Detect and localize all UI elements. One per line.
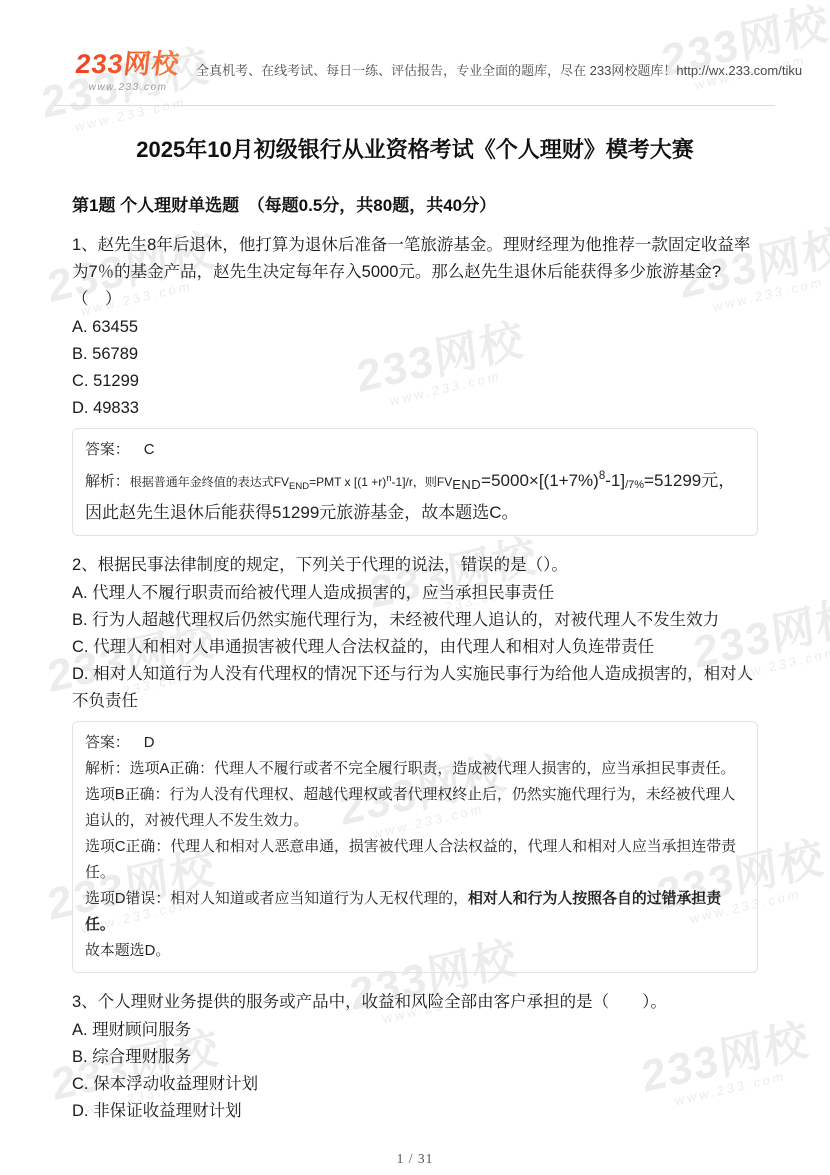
text-segment: /7%: [625, 479, 644, 491]
page-number: 1 / 31: [397, 1151, 434, 1166]
option-item: B. 行为人超越代理权后仍然实施代理行为，未经被代理人追认的，对被代理人不发生效…: [72, 607, 758, 634]
option-item: C. 代理人和相对人串通损害被代理人合法权益的，由代理人和相对人负连带责任: [72, 634, 758, 661]
option-item: A. 代理人不履行职责而给被代理人造成损害的，应当承担民事责任: [72, 580, 758, 607]
question-stem: 1、赵先生8年后退休，他打算为退休后准备一笔旅游基金。理财经理为他推荐一款固定收…: [72, 232, 758, 313]
page-title: 2025年10月初级银行从业资格考试《个人理财》模考大赛: [0, 133, 830, 164]
analysis-text: 解析：选项A正确：代理人不履行或者不完全履行职责，造成被代理人损害的，应当承担民…: [85, 756, 745, 964]
analysis-line: 解析：选项A正确：代理人不履行或者不完全履行职责，造成被代理人损害的，应当承担民…: [85, 756, 745, 782]
answer-label: 答案：: [85, 735, 130, 751]
question-1: 1、赵先生8年后退休，他打算为退休后准备一笔旅游基金。理财经理为他推荐一款固定收…: [72, 232, 758, 536]
option-item: B. 56789: [72, 341, 758, 368]
text-segment: 选项D错误：相对人知道或者应当知道行为人无权代理的，: [85, 891, 468, 907]
question-2: 2、根据民事法律制度的规定，下列关于代理的说法，错误的是（）。 A. 代理人不履…: [72, 552, 758, 973]
option-item: A. 63455: [72, 314, 758, 341]
analysis-label: 解析：: [85, 474, 130, 490]
logo-text: 233网校: [74, 42, 183, 81]
text-segment: =5000×[(1+7%): [481, 471, 599, 490]
analysis-text: 根据普通年金终值的表达式FVEND=PMT x [(1 +r)n-1]/r，则F…: [85, 474, 735, 522]
text-segment: END: [452, 477, 481, 492]
option-item: D. 相对人知道行为人没有代理权的情况下还与行为人实施民事行为给他人造成损害的，…: [72, 661, 758, 715]
analysis-line: 故本题选D。: [85, 938, 745, 964]
content: 1、赵先生8年后退休，他打算为退休后准备一笔旅游基金。理财经理为他推荐一款固定收…: [0, 232, 830, 1125]
analysis: 解析：根据普通年金终值的表达式FVEND=PMT x [(1 +r)n-1]/r…: [85, 463, 745, 527]
answer-row: 答案：C: [85, 437, 745, 463]
logo-subtext: www.233.com: [76, 82, 180, 93]
text-segment: 故本题选D。: [85, 943, 170, 959]
option-item: D. 49833: [72, 395, 758, 422]
answer-box: 答案：D 解析：选项A正确：代理人不履行或者不完全履行职责，造成被代理人损害的，…: [72, 721, 758, 973]
question-stem: 3、个人理财业务提供的服务或产品中，收益和风险全部由客户承担的是（ ）。: [72, 989, 758, 1016]
options-list: A. 理财顾问服务B. 综合理财服务C. 保本浮动收益理财计划D. 非保证收益理…: [72, 1017, 758, 1125]
text-segment: =PMT x [(1 +r): [309, 475, 386, 489]
answer-box: 答案：C 解析：根据普通年金终值的表达式FVEND=PMT x [(1 +r)n…: [72, 428, 758, 536]
header-tagline: 全真机考、在线考试、每日一练、评估报告，专业全面的题库，尽在 233网校题库！h…: [196, 56, 802, 79]
document-page: 233网校www.233.com233网校www.233.com233网校www…: [0, 0, 830, 1175]
text-segment: 选项B正确：行为人没有代理权、超越代理权或者代理权终止后，仍然实施代理行为，未经…: [85, 787, 735, 829]
text-segment: 选项C正确：代理人和相对人恶意串通，损害被代理人合法权益的，代理人和相对人应当承…: [85, 839, 736, 881]
footer: 1 / 31: [0, 1151, 830, 1167]
header: 233网校 www.233.com 全真机考、在线考试、每日一练、评估报告，专业…: [0, 0, 830, 93]
analysis-line: 选项C正确：代理人和相对人恶意串通，损害被代理人合法权益的，代理人和相对人应当承…: [85, 834, 745, 886]
option-item: A. 理财顾问服务: [72, 1017, 758, 1044]
text-segment: 解析：选项A正确：代理人不履行或者不完全履行职责，造成被代理人损害的，应当承担民…: [85, 761, 735, 777]
question-3: 3、个人理财业务提供的服务或产品中，收益和风险全部由客户承担的是（ ）。 A. …: [72, 989, 758, 1125]
text-segment: -1]/r，则FV: [392, 475, 453, 489]
option-item: C. 保本浮动收益理财计划: [72, 1071, 758, 1098]
options-list: A. 代理人不履行职责而给被代理人造成损害的，应当承担民事责任B. 行为人超越代…: [72, 580, 758, 715]
header-divider: [55, 105, 775, 106]
answer-value: D: [144, 735, 155, 751]
logo: 233网校 www.233.com: [76, 42, 180, 93]
question-stem: 2、根据民事法律制度的规定，下列关于代理的说法，错误的是（）。: [72, 552, 758, 579]
text-segment: -1]: [605, 471, 625, 490]
option-item: B. 综合理财服务: [72, 1044, 758, 1071]
option-item: D. 非保证收益理财计划: [72, 1098, 758, 1125]
analysis-line: 选项B正确：行为人没有代理权、超越代理权或者代理权终止后，仍然实施代理行为，未经…: [85, 782, 745, 834]
text-segment: 根据普通年金终值的表达式FV: [130, 475, 289, 489]
answer-row: 答案：D: [85, 730, 745, 756]
answer-label: 答案：: [85, 442, 130, 458]
text-segment: END: [289, 481, 309, 492]
option-item: C. 51299: [72, 368, 758, 395]
options-list: A. 63455B. 56789C. 51299D. 49833: [72, 314, 758, 422]
section-heading: 第1题 个人理财单选题 （每题0.5分，共80题，共40分）: [72, 191, 758, 216]
answer-value: C: [144, 442, 155, 458]
analysis-line: 选项D错误：相对人知道或者应当知道行为人无权代理的，相对人和行为人按照各自的过错…: [85, 886, 745, 938]
